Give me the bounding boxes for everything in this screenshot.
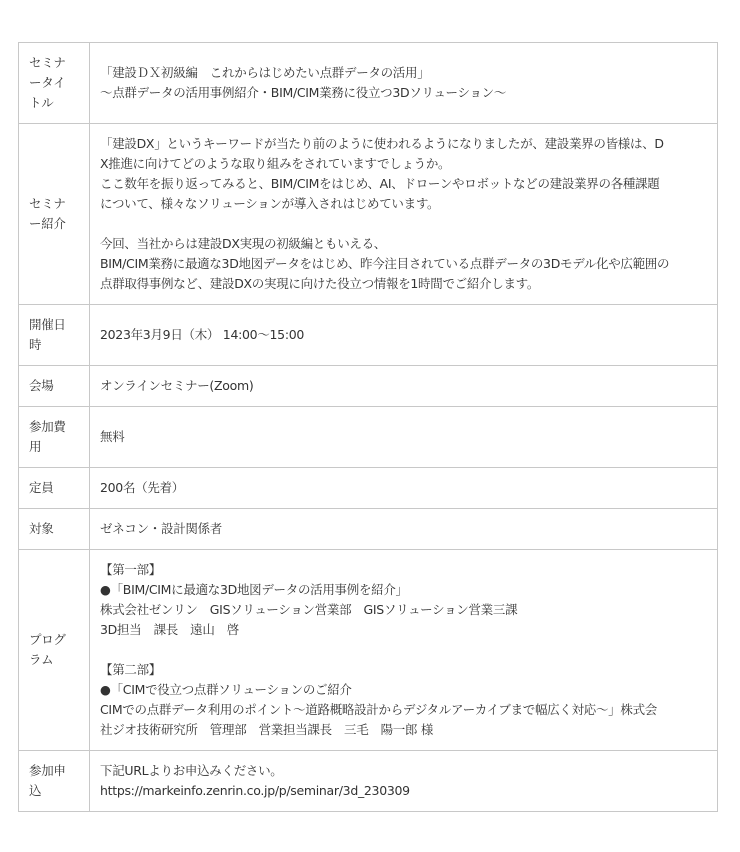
intro-line: について、様々なソリューションが導入されはじめています。 [100, 194, 709, 214]
program-speaker: 3D担当 課長 遠山 啓 [100, 620, 709, 640]
row-value-fee: 無料 [90, 407, 718, 468]
program-part-heading: 【第二部】 [100, 660, 709, 680]
target-text: ゼネコン・設計関係者 [100, 519, 709, 539]
blank-line [100, 214, 709, 234]
program-session-title: CIMでの点群データ利用のポイント～道路概略設計からデジタルアーカイブまで幅広く… [100, 700, 709, 720]
program-session-title: ●「BIM/CIMに最適な3D地図データの活用事例を紹介」 [100, 580, 709, 600]
label-line: 開催日 [29, 315, 79, 335]
row-value-datetime: 2023年3月9日（木） 14:00～15:00 [90, 305, 718, 366]
row-label-fee: 参加費 用 [19, 407, 90, 468]
row-value-seminar-intro: 「建設DX」というキーワードが当たり前のように使われるようになりましたが、建設業… [90, 124, 718, 305]
label-line: セミナ [29, 194, 79, 214]
label-line: 会場 [29, 376, 79, 396]
label-line: 対象 [29, 519, 79, 539]
intro-line: X推進に向けてどのような取り組みをされていますでしょうか。 [100, 154, 709, 174]
row-value-program: 【第一部】 ●「BIM/CIMに最適な3D地図データの活用事例を紹介」 株式会社… [90, 550, 718, 751]
capacity-text: 200名（先着） [100, 478, 709, 498]
intro-line: ここ数年を振り返ってみると、BIM/CIMをはじめ、AI、ドローンやロボットなど… [100, 174, 709, 194]
table-row-registration: 参加申 込 下記URLよりお申込みください。 https://markeinfo… [19, 751, 718, 812]
table-row-datetime: 開催日 時 2023年3月9日（木） 14:00～15:00 [19, 305, 718, 366]
row-label-datetime: 開催日 時 [19, 305, 90, 366]
venue-text: オンラインセミナー(Zoom) [100, 376, 709, 396]
row-value-target: ゼネコン・設計関係者 [90, 509, 718, 550]
row-value-seminar-title: 「建設ＤＸ初級編 これからはじめたい点群データの活用」 ～点群データの活用事例紹… [90, 43, 718, 124]
label-line: トル [29, 93, 79, 113]
row-label-registration: 参加申 込 [19, 751, 90, 812]
intro-line: 「建設DX」というキーワードが当たり前のように使われるようになりましたが、建設業… [100, 134, 709, 154]
table-row-fee: 参加費 用 無料 [19, 407, 718, 468]
program-session-title: ●「CIMで役立つ点群ソリューションのご紹介 [100, 680, 709, 700]
program-speaker: 株式会社ゼンリン GISソリューション営業部 GISソリューション営業三課 [100, 600, 709, 620]
fee-text: 無料 [100, 427, 709, 447]
table-row-seminar-title: セミナ ータイ トル 「建設ＤＸ初級編 これからはじめたい点群データの活用」 ～… [19, 43, 718, 124]
label-line: ータイ [29, 73, 79, 93]
label-line: ラム [29, 650, 79, 670]
row-value-capacity: 200名（先着） [90, 468, 718, 509]
label-line: 参加申 [29, 761, 79, 781]
intro-line: BIM/CIM業務に最適な3D地図データをはじめ、昨今注目されている点群データの… [100, 254, 709, 274]
table-row-seminar-intro: セミナ ー紹介 「建設DX」というキーワードが当たり前のように使われるようになり… [19, 124, 718, 305]
row-label-venue: 会場 [19, 366, 90, 407]
label-line: 込 [29, 781, 79, 801]
intro-line: 今回、当社からは建設DX実現の初級編ともいえる、 [100, 234, 709, 254]
row-label-seminar-title: セミナ ータイ トル [19, 43, 90, 124]
row-value-venue: オンラインセミナー(Zoom) [90, 366, 718, 407]
row-label-seminar-intro: セミナ ー紹介 [19, 124, 90, 305]
row-label-target: 対象 [19, 509, 90, 550]
table-row-target: 対象 ゼネコン・設計関係者 [19, 509, 718, 550]
seminar-subtitle-line: ～点群データの活用事例紹介・BIM/CIM業務に役立つ3Dソリューション～ [100, 83, 709, 103]
registration-instruction: 下記URLよりお申込みください。 [100, 761, 709, 781]
program-part-heading: 【第一部】 [100, 560, 709, 580]
label-line: セミナ [29, 53, 79, 73]
row-label-program: プログ ラム [19, 550, 90, 751]
program-speaker: 社ジオ技術研究所 管理部 営業担当課長 三毛 陽一郎 様 [100, 720, 709, 740]
table-row-program: プログ ラム 【第一部】 ●「BIM/CIMに最適な3D地図データの活用事例を紹… [19, 550, 718, 751]
seminar-info-table: セミナ ータイ トル 「建設ＤＸ初級編 これからはじめたい点群データの活用」 ～… [18, 42, 718, 812]
table-row-venue: 会場 オンラインセミナー(Zoom) [19, 366, 718, 407]
label-line: 定員 [29, 478, 79, 498]
row-value-registration: 下記URLよりお申込みください。 https://markeinfo.zenri… [90, 751, 718, 812]
blank-line [100, 640, 709, 660]
datetime-text: 2023年3月9日（木） 14:00～15:00 [100, 325, 709, 345]
label-line: ー紹介 [29, 214, 79, 234]
row-label-capacity: 定員 [19, 468, 90, 509]
label-line: 参加費 [29, 417, 79, 437]
label-line: プログ [29, 630, 79, 650]
intro-line: 点群取得事例など、建設DXの実現に向けた役立つ情報を1時間でご紹介します。 [100, 274, 709, 294]
label-line: 用 [29, 437, 79, 457]
label-line: 時 [29, 335, 79, 355]
table-row-capacity: 定員 200名（先着） [19, 468, 718, 509]
seminar-title-line: 「建設ＤＸ初級編 これからはじめたい点群データの活用」 [100, 63, 709, 83]
registration-url-link[interactable]: https://markeinfo.zenrin.co.jp/p/seminar… [100, 781, 709, 801]
